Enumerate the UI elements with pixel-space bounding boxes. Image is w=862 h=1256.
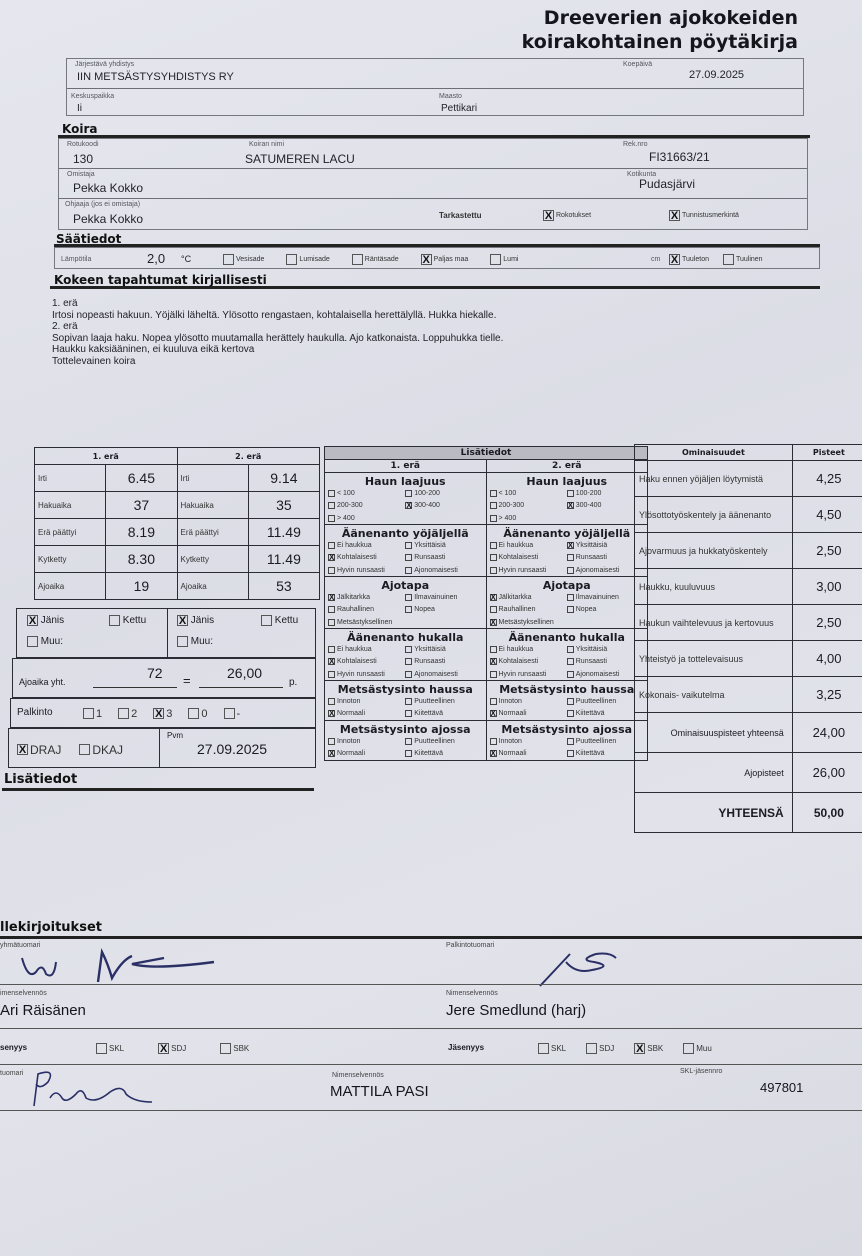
handler-value[interactable]: Pekka Kokko: [73, 212, 143, 226]
r2-400-checkbox[interactable]: > 400: [490, 515, 567, 522]
owner-value[interactable]: Pekka Kokko: [73, 181, 143, 195]
additional-info-table: Lisätiedot 1. erä 2. erä Haun laajuus< 1…: [324, 446, 648, 761]
r2-ei-haukkua-checkbox[interactable]: Ei haukkua: [490, 542, 567, 549]
checkbox-box: X: [328, 554, 335, 561]
r2-kettu[interactable]: Kettu: [261, 615, 298, 626]
r2-yksittäisiä-checkbox[interactable]: XYksittäisiä: [567, 542, 644, 549]
checkbox-box: [567, 671, 574, 678]
r1-puutteellinen-checkbox[interactable]: Puutteellinen: [405, 738, 482, 745]
r2-puutteellinen-checkbox[interactable]: Puutteellinen: [567, 698, 644, 705]
additional-r1-haun-laajuus: Haun laajuus< 100100-200200-300X300-400>…: [325, 473, 487, 525]
r1-innoton-checkbox[interactable]: Innoton: [328, 698, 405, 705]
temperature-value[interactable]: 2,0: [147, 251, 165, 266]
checkbox-box: [405, 698, 412, 705]
r1-ei-haukkua-checkbox[interactable]: Ei haukkua: [328, 542, 405, 549]
group-title: Metsästysinto ajossa: [328, 723, 483, 736]
r1-100-checkbox[interactable]: < 100: [328, 490, 405, 497]
r1-ei-haukkua-checkbox[interactable]: Ei haukkua: [328, 646, 405, 653]
trait-total-row: Ominaisuuspisteet yhteensä 24,00: [635, 713, 862, 753]
wind-tuulinen-checkbox[interactable]: Tuulinen: [723, 251, 763, 269]
checked-label: Tarkastettu: [439, 211, 482, 220]
r2-300-400-checkbox[interactable]: X300-400: [567, 502, 644, 509]
round-row: Ajoaika19Ajoaika53: [35, 573, 320, 600]
checkbox-label: SDJ: [599, 1044, 614, 1053]
grand-total-label: YHTEENSÄ: [635, 793, 793, 833]
prize--checkbox[interactable]: -: [224, 705, 241, 723]
r2-hyvin-runsaasti-checkbox[interactable]: Hyvin runsaasti: [490, 671, 567, 678]
form-title: Dreeverien ajokokeiden koirakohtainen pö…: [522, 6, 798, 54]
checkbox-box: [490, 542, 497, 549]
membership-right-skl-checkbox[interactable]: SKL: [538, 1040, 566, 1058]
checkbox-label: Hyvin runsaasti: [337, 671, 385, 678]
checkbox-label: Paljas maa: [434, 256, 469, 263]
checkbox-label: Runsaasti: [576, 554, 607, 561]
r1-kohtalaisesti-checkbox[interactable]: XKohtalaisesti: [328, 658, 405, 665]
r2-kohtalaisesti-checkbox[interactable]: Kohtalaisesti: [490, 554, 567, 561]
checkbox-label: 100-200: [576, 490, 602, 497]
checkbox-box: [490, 515, 497, 522]
drive-points-label: Ajopisteet: [635, 753, 793, 793]
r1-normaali-checkbox[interactable]: XNormaali: [328, 750, 405, 757]
checkbox-label: DRAJ: [30, 743, 61, 757]
group-options: Ei haukkuaYksittäisiäXKohtalaisestiRunsa…: [328, 646, 483, 678]
membership-right-sdj-checkbox[interactable]: SDJ: [586, 1040, 614, 1058]
group-options: Ei haukkuaYksittäisiäXKohtalaisestiRunsa…: [490, 646, 645, 678]
r2-puutteellinen-checkbox[interactable]: Puutteellinen: [567, 738, 644, 745]
prize-1-checkbox[interactable]: 1: [83, 705, 102, 723]
trait-header: Ominaisuudet: [635, 445, 793, 461]
game-box: X Jänis Kettu Muu: X Jänis Kettu Muu:: [16, 608, 316, 658]
checkbox-box: [490, 606, 497, 613]
checkbox-label: Ei haukkua: [337, 646, 372, 653]
checkbox-label: Jälkitarkka: [337, 594, 370, 601]
total-drive-points[interactable]: 26,00: [227, 665, 262, 681]
checkbox-label: 1: [96, 708, 102, 720]
checkbox-box: [405, 606, 412, 613]
group-judge-name[interactable]: Ari Räisänen: [0, 1002, 86, 1019]
dog-name-label: Koiran nimi: [249, 141, 284, 148]
r1-janis[interactable]: X Jänis: [27, 615, 64, 626]
r1-runsaasti-checkbox[interactable]: Runsaasti: [405, 554, 482, 561]
r1-innoton-checkbox[interactable]: Innoton: [328, 738, 405, 745]
checkbox-label: > 400: [337, 515, 355, 522]
checkbox-label: Runsaasti: [414, 658, 445, 665]
score-row: Ylösottotyöskentely ja äänenanto4,50: [635, 497, 862, 533]
prize-options: 12X30-: [83, 705, 240, 723]
r2-innoton-checkbox[interactable]: Innoton: [490, 738, 567, 745]
r1-row-value[interactable]: 8.19: [106, 519, 177, 546]
r1-kiitettävä-checkbox[interactable]: Kiitettävä: [405, 750, 482, 757]
additional-info-title: Lisätiedot: [325, 447, 648, 460]
organizer-value[interactable]: IIN METSÄSTYSYHDISTYS RY: [77, 71, 234, 83]
score-trait-label: Kokonais- vaikutelma: [635, 677, 793, 713]
r2-nopea-checkbox[interactable]: Nopea: [567, 606, 644, 613]
checkbox-label: Tuulinen: [736, 256, 763, 263]
checkbox-box: [567, 606, 574, 613]
prize-2-checkbox[interactable]: 2: [118, 705, 137, 723]
checkbox-label: 2: [131, 708, 137, 720]
prize-0-checkbox[interactable]: 0: [188, 705, 207, 723]
wind-options: XTuuletonTuulinen: [669, 251, 763, 269]
vaccinations-checkbox[interactable]: XRokotukset: [543, 207, 591, 225]
r2-kohtalaisesti-checkbox[interactable]: XKohtalaisesti: [490, 658, 567, 665]
checkbox-box: [328, 542, 335, 549]
r2-kiitettävä-checkbox[interactable]: Kiitettävä: [567, 750, 644, 757]
checkbox-label: Tuuleton: [682, 256, 709, 263]
r1-row-value[interactable]: 19: [106, 573, 177, 600]
weather-vesisade-checkbox[interactable]: Vesisade: [223, 251, 264, 269]
membership-left-sdj-checkbox[interactable]: XSDJ: [158, 1040, 186, 1058]
checkbox-label: Kohtalaisesti: [337, 554, 377, 561]
r1-100-200-checkbox[interactable]: 100-200: [405, 490, 482, 497]
terrain-value[interactable]: Pettikari: [441, 103, 477, 114]
score-trait-points[interactable]: 4,00: [792, 641, 862, 677]
checkbox-label: Kohtalaisesti: [499, 554, 539, 561]
r2-row-value[interactable]: 53: [248, 573, 319, 600]
group-judge-signature: [14, 940, 234, 986]
checkbox-label: Nopea: [414, 606, 435, 613]
additional-r2-header: 2. erä: [486, 460, 648, 473]
id-mark-mark: X: [669, 210, 680, 221]
narrative-line: Haukku kaksiääninen, ei kuuluva eikä ker…: [52, 344, 503, 356]
grand-total-row: YHTEENSÄ 50,00: [635, 793, 862, 833]
checkbox-box: [490, 490, 497, 497]
grand-total-value[interactable]: 50,00: [792, 793, 862, 833]
group-options: Ei haukkuaYksittäisiäXKohtalaisestiRunsa…: [328, 542, 483, 574]
membership-left-sbk-checkbox[interactable]: SBK: [220, 1040, 249, 1058]
r1-runsaasti-checkbox[interactable]: Runsaasti: [405, 658, 482, 665]
r1-rauhallinen-checkbox[interactable]: Rauhallinen: [328, 606, 405, 613]
score-trait-points[interactable]: 4,50: [792, 497, 862, 533]
additional-r2-metsästysinto-ajossa: Metsästysinto ajossaInnotonPuutteellinen…: [486, 720, 648, 760]
handler-label: Ohjaaja (jos ei omistaja): [65, 201, 140, 208]
additional-group-row: Haun laajuus< 100100-200200-300X300-400>…: [325, 473, 648, 525]
checkbox-box: [286, 254, 297, 265]
checkbox-box: [405, 738, 412, 745]
checkbox-box: [328, 490, 335, 497]
r1-puutteellinen-checkbox[interactable]: Puutteellinen: [405, 698, 482, 705]
group-title: Äänenanto yöjäljellä: [490, 527, 645, 540]
group-title: Metsästysinto ajossa: [490, 723, 645, 736]
prize-box: Palkinto 12X30-: [10, 698, 316, 728]
owner-label: Omistaja: [67, 171, 95, 178]
test-type-dkaj-checkbox[interactable]: DKAJ: [79, 741, 123, 759]
r1-normaali-checkbox[interactable]: XNormaali: [328, 710, 405, 717]
membership-label-right: Jäsenyys: [448, 1043, 484, 1052]
weather-lumi-checkbox[interactable]: Lumi: [490, 251, 518, 269]
additional-group-row: Äänenanto yöjäljelläEi haukkuaYksittäisi…: [325, 525, 648, 577]
total-drive-minutes[interactable]: 72: [147, 665, 163, 681]
checkbox-box: [405, 594, 412, 601]
score-trait-points[interactable]: 2,50: [792, 605, 862, 641]
home-value[interactable]: Pudasjärvi: [639, 177, 695, 191]
checkbox-box: X: [405, 502, 412, 509]
r1-yksittäisiä-checkbox[interactable]: Yksittäisiä: [405, 646, 482, 653]
additional-r1-ajotapa: AjotapaXJälkitarkkaIlmavainuinenRauhalli…: [325, 577, 487, 629]
skl-member-no[interactable]: 497801: [760, 1080, 803, 1095]
checkbox-label: Ei haukkua: [499, 646, 534, 653]
checkbox-label: 3: [166, 708, 172, 720]
r1-row-value[interactable]: 37: [106, 492, 177, 519]
r2-100-checkbox[interactable]: < 100: [490, 490, 567, 497]
r1-kiitettävä-checkbox[interactable]: Kiitettävä: [405, 710, 482, 717]
weather-paljas-maa-checkbox[interactable]: XPaljas maa: [421, 251, 469, 269]
checkbox-box: [328, 698, 335, 705]
r2-muu[interactable]: Muu:: [177, 636, 213, 647]
score-row: Haukku, kuuluvuus3,00: [635, 569, 862, 605]
checkbox-label: Yksittäisiä: [576, 646, 608, 653]
checkbox-label: Metsästyksellinen: [337, 619, 392, 626]
r2-ajonomaisesti-checkbox[interactable]: Ajonomaisesti: [567, 567, 644, 574]
r2-metsästyksellinen-checkbox[interactable]: XMetsästyksellinen: [490, 619, 567, 626]
score-trait-label: Haukku, kuuluvuus: [635, 569, 793, 605]
group-options: XJälkitarkkaIlmavainuinenRauhallinenNope…: [490, 594, 645, 626]
score-trait-points[interactable]: 3,25: [792, 677, 862, 713]
prize-judge-name[interactable]: Jere Smedlund (harj): [446, 1002, 586, 1019]
center-value[interactable]: Ii: [77, 103, 82, 114]
dog-info-box: Rotukoodi 130 Koiran nimi SATUMEREN LACU…: [58, 138, 808, 230]
test-type-draj-checkbox[interactable]: XDRAJ: [17, 741, 61, 759]
checkbox-box: [490, 671, 497, 678]
r1-jälkitarkka-checkbox[interactable]: XJälkitarkka: [328, 594, 405, 601]
round-row: Hakuaika37Hakuaika35: [35, 492, 320, 519]
checkbox-label: Nopea: [576, 606, 597, 613]
checkbox-label: 200-300: [499, 502, 525, 509]
weather-box: Lämpötila 2,0 °C VesisadeLumisadeRäntäsa…: [54, 247, 820, 269]
group-options: XJälkitarkkaIlmavainuinenRauhallinenNope…: [328, 594, 483, 626]
membership-right-sbk-checkbox[interactable]: XSBK: [634, 1040, 663, 1058]
r1-ajonomaisesti-checkbox[interactable]: Ajonomaisesti: [405, 671, 482, 678]
r2-runsaasti-checkbox[interactable]: Runsaasti: [567, 554, 644, 561]
r2-normaali-checkbox[interactable]: XNormaali: [490, 710, 567, 717]
additional-r1-metsästysinto-haussa: Metsästysinto haussaInnotonPuutteellinen…: [325, 681, 487, 721]
score-trait-points[interactable]: 3,00: [792, 569, 862, 605]
reg-no-value[interactable]: FI31663/21: [649, 150, 710, 164]
checkbox-box: [405, 490, 412, 497]
test-type-options: XDRAJDKAJ: [17, 741, 123, 759]
checkbox-label: Metsästyksellinen: [499, 619, 554, 626]
r2-hyvin-runsaasti-checkbox[interactable]: Hyvin runsaasti: [490, 567, 567, 574]
checkbox-label: SBK: [233, 1044, 249, 1053]
r1-ilmavainuinen-checkbox[interactable]: Ilmavainuinen: [405, 594, 482, 601]
prize-3-checkbox[interactable]: X3: [153, 705, 172, 723]
narrative-line: 2. erä: [52, 321, 503, 333]
organizer-label: Järjestävä yhdistys: [75, 61, 134, 68]
checkbox-label: Ilmavainuinen: [576, 594, 619, 601]
temperature-unit: °C: [181, 254, 191, 264]
score-row: Haukun vaihtelevuus ja kertovuus2,50: [635, 605, 862, 641]
checkbox-box: X: [490, 750, 497, 757]
group-title: Äänenanto hukalla: [328, 631, 483, 644]
checkbox-label: SKL: [109, 1044, 124, 1053]
weather-lumisade-checkbox[interactable]: Lumisade: [286, 251, 329, 269]
checkbox-label: 100-200: [414, 490, 440, 497]
r1-row-value[interactable]: 8.30: [106, 546, 177, 573]
r1-kettu[interactable]: Kettu: [109, 615, 146, 626]
checkbox-label: Kohtalaisesti: [337, 658, 377, 665]
title-line-1: Dreeverien ajokokeiden: [522, 6, 798, 30]
checkbox-label: Muu: [696, 1044, 712, 1053]
weather-räntäsade-checkbox[interactable]: Räntäsade: [352, 251, 399, 269]
score-trait-label: Yhteistyö ja tottelevaisuus: [635, 641, 793, 677]
trial-judge-label: tuomari: [0, 1070, 23, 1077]
title-line-2: koirakohtainen pöytäkirja: [522, 30, 798, 54]
checkbox-label: SBK: [647, 1044, 663, 1053]
total-drive-label: Ajoaika yht.: [19, 677, 66, 687]
checkbox-label: Jälkitarkka: [499, 594, 532, 601]
checkbox-label: Vesisade: [236, 256, 264, 263]
trait-total-value[interactable]: 24,00: [792, 713, 862, 753]
r1-yksittäisiä-checkbox[interactable]: Yksittäisiä: [405, 542, 482, 549]
r2-yksittäisiä-checkbox[interactable]: Yksittäisiä: [567, 646, 644, 653]
r1-hyvin-runsaasti-checkbox[interactable]: Hyvin runsaasti: [328, 671, 405, 678]
r2-row-value[interactable]: 35: [248, 492, 319, 519]
additional-r2-ajotapa: AjotapaXJälkitarkkaIlmavainuinenRauhalli…: [486, 577, 648, 629]
checkbox-label: SDJ: [171, 1044, 186, 1053]
r2-row-value[interactable]: 11.49: [248, 546, 319, 573]
checkbox-label: < 100: [337, 490, 355, 497]
r2-ei-haukkua-checkbox[interactable]: Ei haukkua: [490, 646, 567, 653]
points-header: Pisteet: [792, 445, 862, 461]
membership-left-skl-checkbox[interactable]: SKL: [96, 1040, 124, 1058]
r2-row-value[interactable]: 11.49: [248, 519, 319, 546]
checkbox-label: Rauhallinen: [499, 606, 536, 613]
r2-kiitettävä-checkbox[interactable]: Kiitettävä: [567, 710, 644, 717]
checkbox-label: Yksittäisiä: [414, 542, 446, 549]
r2-200-300-checkbox[interactable]: 200-300: [490, 502, 567, 509]
checkbox-box: [567, 750, 574, 757]
checkbox-box: [328, 671, 335, 678]
r2-normaali-checkbox[interactable]: XNormaali: [490, 750, 567, 757]
breed-code-value[interactable]: 130: [73, 152, 93, 166]
dog-name-value[interactable]: SATUMEREN LACU: [245, 152, 355, 166]
r2-rauhallinen-checkbox[interactable]: Rauhallinen: [490, 606, 567, 613]
checkbox-label: > 400: [499, 515, 517, 522]
checkbox-label: 200-300: [337, 502, 363, 509]
r2-ajonomaisesti-checkbox[interactable]: Ajonomaisesti: [567, 671, 644, 678]
r2-row-label: Erä päättyi: [177, 519, 248, 546]
trait-total-label: Ominaisuuspisteet yhteensä: [635, 713, 793, 753]
r2-row-value[interactable]: 9.14: [248, 465, 319, 492]
r1-metsästyksellinen-checkbox[interactable]: Metsästyksellinen: [328, 619, 405, 626]
checkbox-box: [490, 254, 501, 265]
wind-tuuleton-checkbox[interactable]: XTuuleton: [669, 251, 709, 269]
checkbox-label: Ei haukkua: [337, 542, 372, 549]
checkbox-label: Ajonomaisesti: [576, 671, 620, 678]
score-trait-points[interactable]: 4,25: [792, 461, 862, 497]
r2-runsaasti-checkbox[interactable]: Runsaasti: [567, 658, 644, 665]
checkbox-label: Puutteellinen: [414, 698, 454, 705]
checkbox-label: 300-400: [414, 502, 440, 509]
checkbox-box: [490, 554, 497, 561]
score-row: Ajovarmuus ja hukkatyöskentely2,50: [635, 533, 862, 569]
r2-jälkitarkka-checkbox[interactable]: XJälkitarkka: [490, 594, 567, 601]
checkbox-box: [118, 708, 129, 719]
checkbox-box: [328, 738, 335, 745]
checkbox-label: Kiitettävä: [414, 750, 443, 757]
checkbox-label: Runsaasti: [576, 658, 607, 665]
additional-r2-äänenanto-hukalla: Äänenanto hukallaEi haukkuaYksittäisiäXK…: [486, 629, 648, 681]
score-trait-label: Haukun vaihtelevuus ja kertovuus: [635, 605, 793, 641]
checkbox-box: [220, 1043, 231, 1054]
r1-row-label: Hakuaika: [35, 492, 106, 519]
narrative-line: Irtosi nopeasti hakuun. Yöjälki läheltä.…: [52, 310, 503, 322]
r2-janis[interactable]: X Jänis: [177, 615, 214, 626]
id-mark-checkbox[interactable]: XTunnistusmerkintä: [669, 207, 739, 225]
checkbox-label: Hyvin runsaasti: [337, 567, 385, 574]
additional-r1-header: 1. erä: [325, 460, 487, 473]
additional-r1-metsästysinto-ajossa: Metsästysinto ajossaInnotonPuutteellinen…: [325, 720, 487, 760]
extra-info-field[interactable]: [2, 792, 314, 912]
trial-judge-name[interactable]: MATTILA PASI: [330, 1083, 429, 1100]
r2-innoton-checkbox[interactable]: Innoton: [490, 698, 567, 705]
terrain-label: Maasto: [439, 93, 462, 100]
r1-hyvin-runsaasti-checkbox[interactable]: Hyvin runsaasti: [328, 567, 405, 574]
dog-section-title: Koira: [62, 122, 97, 136]
checkbox-box: [567, 567, 574, 574]
narrative-text: 1. eräIrtosi nopeasti hakuun. Yöjälki lä…: [52, 298, 503, 367]
checkbox-label: Normaali: [337, 750, 365, 757]
checkbox-box: [328, 606, 335, 613]
group-title: Äänenanto hukalla: [490, 631, 645, 644]
group-options: InnotonPuutteellinenXNormaaliKiitettävä: [328, 738, 483, 758]
r1-muu[interactable]: Muu:: [27, 636, 63, 647]
pvm-value[interactable]: 27.09.2025: [197, 741, 267, 757]
reg-no-label: Rek.nro: [623, 141, 648, 148]
checkbox-box: [405, 567, 412, 574]
group-title: Metsästysinto haussa: [328, 683, 483, 696]
checkbox-label: -: [237, 708, 241, 720]
r1-400-checkbox[interactable]: > 400: [328, 515, 405, 522]
checkbox-label: 300-400: [576, 502, 602, 509]
checkbox-label: Puutteellinen: [576, 738, 616, 745]
group-options: Ei haukkuaXYksittäisiäKohtalaisestiRunsa…: [490, 542, 645, 574]
r1-200-300-checkbox[interactable]: 200-300: [328, 502, 405, 509]
checkbox-label: Normaali: [499, 750, 527, 757]
checkbox-label: Puutteellinen: [576, 698, 616, 705]
checkbox-box: [96, 1043, 107, 1054]
trial-date-value[interactable]: 27.09.2025: [689, 69, 744, 81]
r1-row-value[interactable]: 6.45: [106, 465, 177, 492]
temperature-label: Lämpötila: [61, 256, 91, 263]
trial-date-label: Koepäivä: [623, 61, 652, 68]
checkbox-box: X: [490, 710, 497, 717]
r1-kohtalaisesti-checkbox[interactable]: XKohtalaisesti: [328, 554, 405, 561]
r2-row-label: Irti: [177, 465, 248, 492]
r2-ilmavainuinen-checkbox[interactable]: Ilmavainuinen: [567, 594, 644, 601]
r1-nopea-checkbox[interactable]: Nopea: [405, 606, 482, 613]
checkbox-box: [328, 567, 335, 574]
trial-judge-signature: [26, 1068, 166, 1110]
score-trait-points[interactable]: 2,50: [792, 533, 862, 569]
r1-300-400-checkbox[interactable]: X300-400: [405, 502, 482, 509]
checkbox-label: Rauhallinen: [337, 606, 374, 613]
checkbox-label: Kohtalaisesti: [499, 658, 539, 665]
membership-left-options: SKLXSDJSBK: [96, 1040, 249, 1058]
group-options: < 100100-200200-300X300-400> 400: [328, 490, 483, 522]
membership-right-muu-checkbox[interactable]: Muu: [683, 1040, 712, 1058]
checkbox-label: Hyvin runsaasti: [499, 567, 547, 574]
r1-ajonomaisesti-checkbox[interactable]: Ajonomaisesti: [405, 567, 482, 574]
additional-r2-äänenanto-yöjäljellä: Äänenanto yöjäljelläEi haukkuaXYksittäis…: [486, 525, 648, 577]
score-row: Kokonais- vaikutelma3,25: [635, 677, 862, 713]
drive-points-value[interactable]: 26,00: [792, 753, 862, 793]
checkbox-label: Lumisade: [299, 256, 329, 263]
checkbox-box: [490, 567, 497, 574]
prize-label: Palkinto: [17, 707, 53, 718]
r2-100-200-checkbox[interactable]: 100-200: [567, 490, 644, 497]
drive-points-row: Ajopisteet 26,00: [635, 753, 862, 793]
